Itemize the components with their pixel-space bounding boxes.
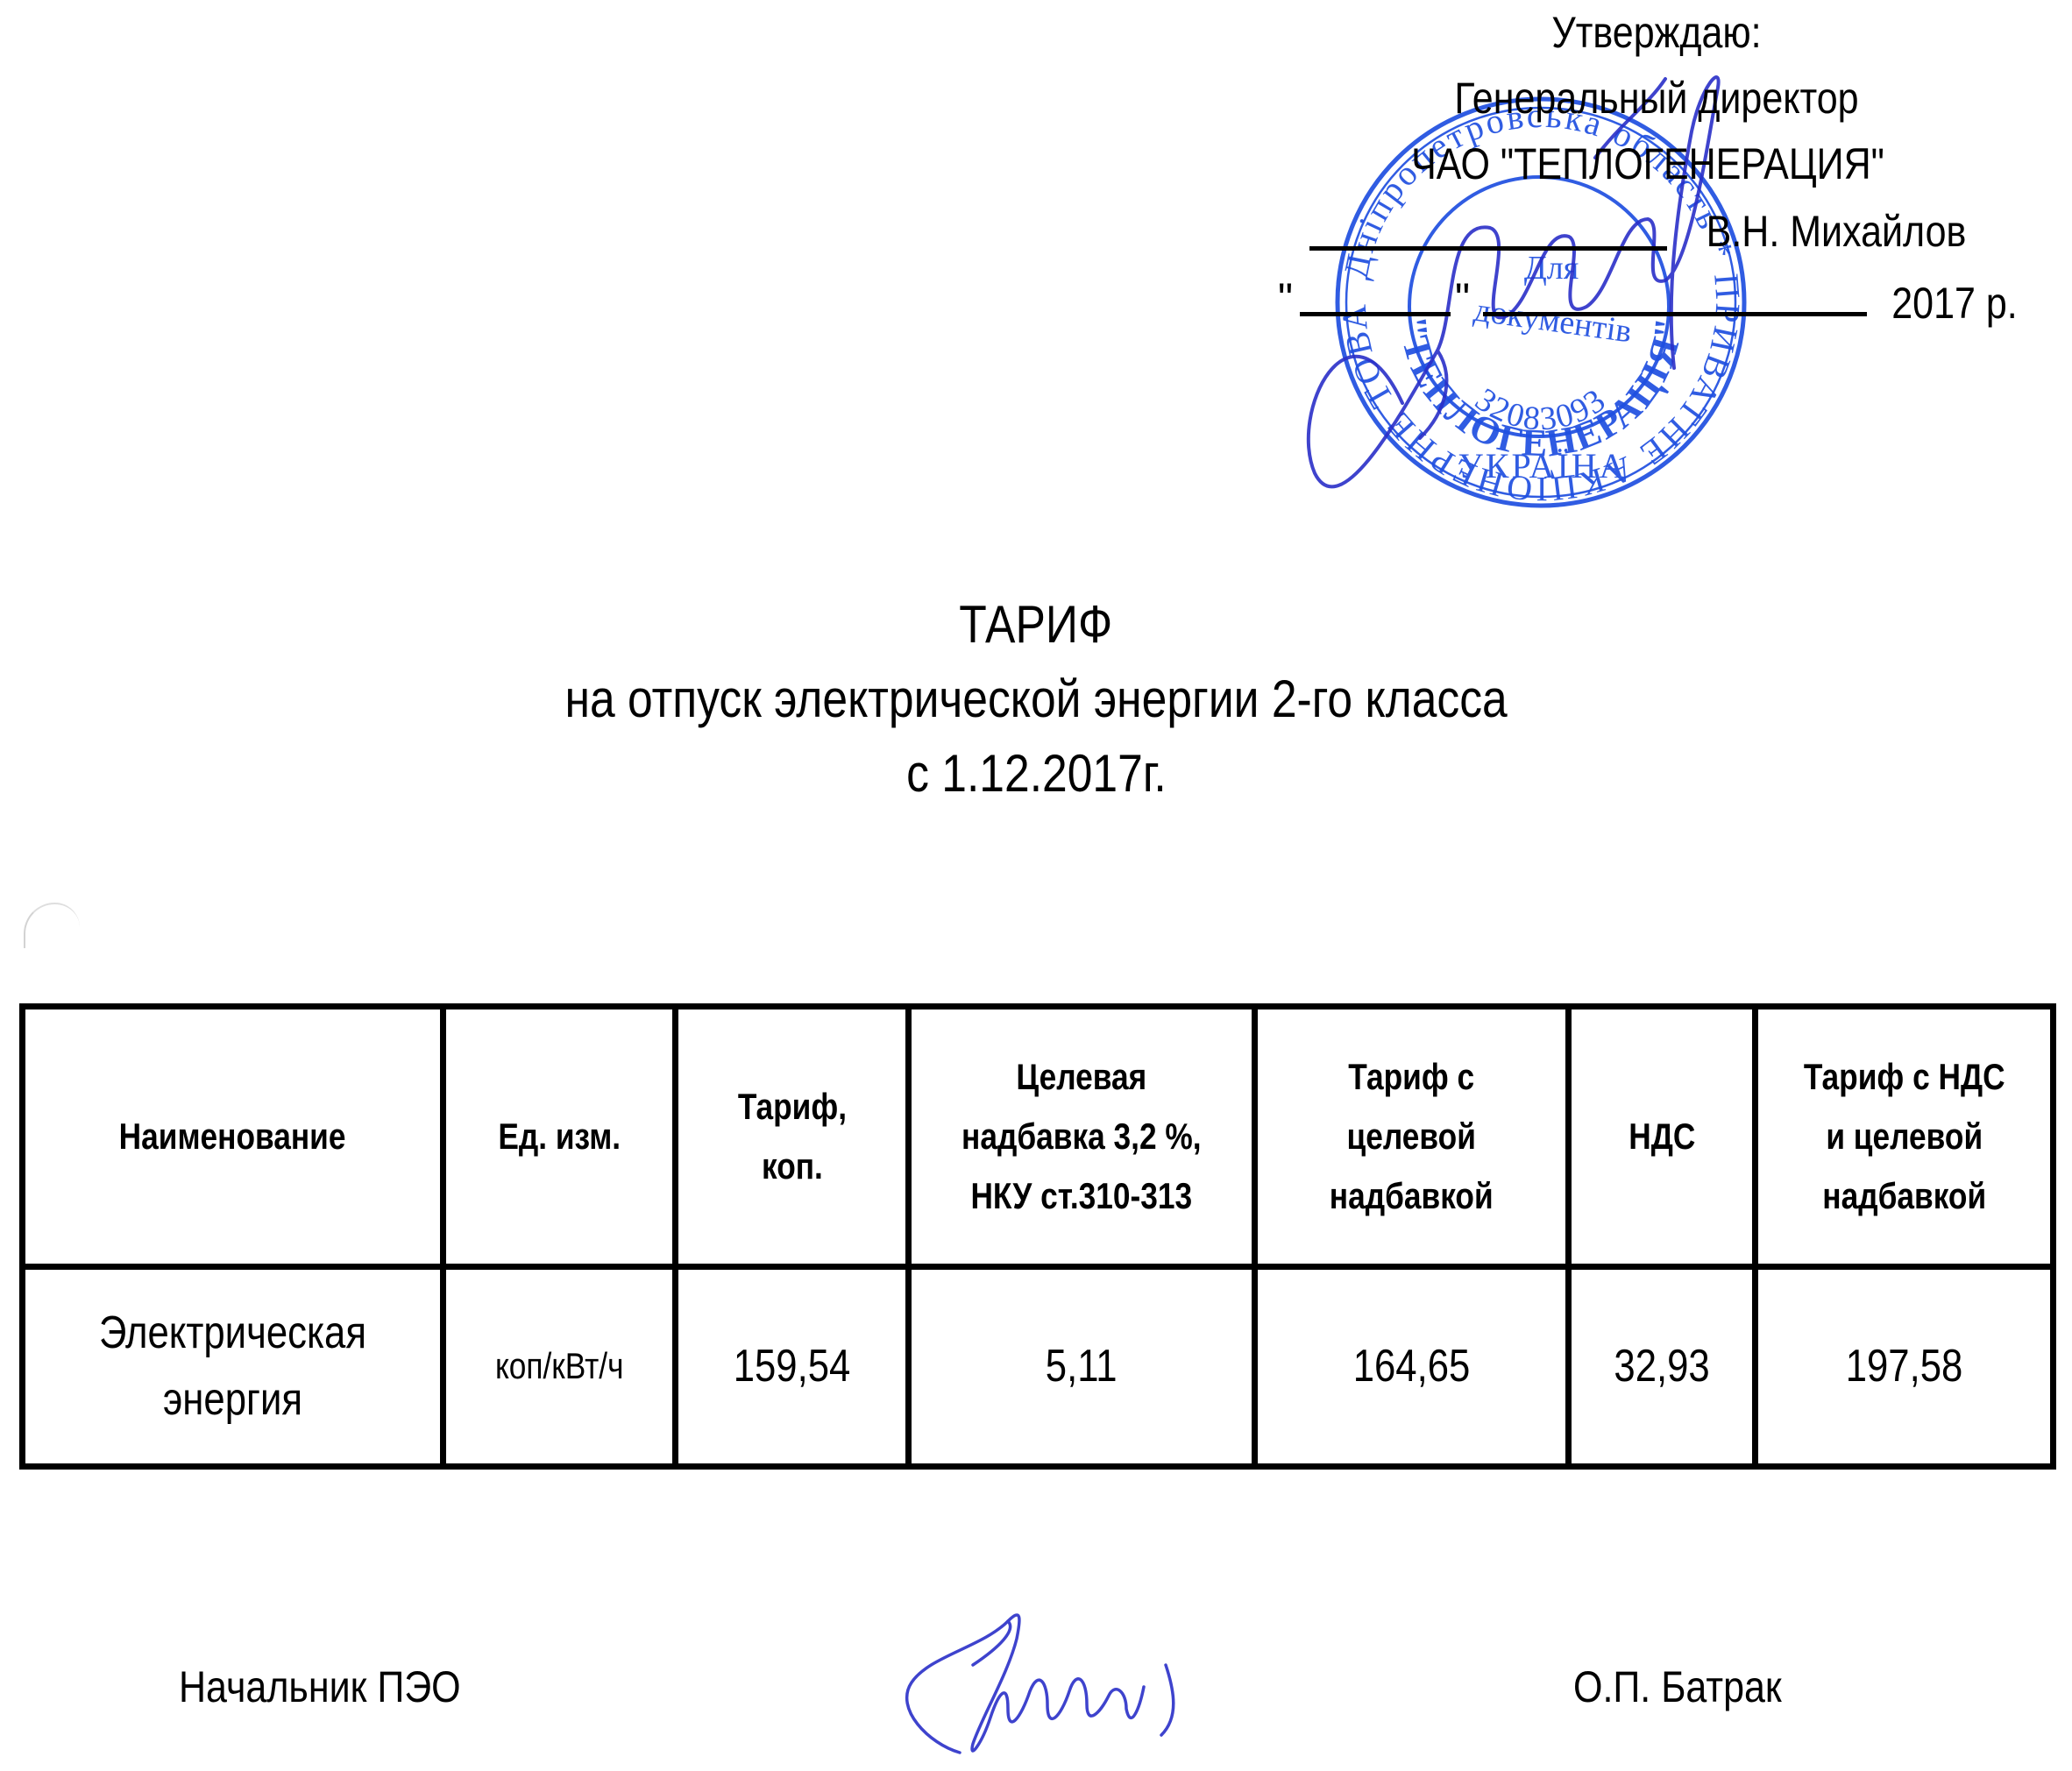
footer-name: О.П. Батрак	[1573, 1665, 1815, 1709]
stamp-inner-ring	[1409, 177, 1669, 436]
cell-unit: коп/кВт/ч	[443, 1266, 676, 1466]
date-day-line	[1300, 312, 1451, 316]
svg-text:"ТЕПЛОГЕНЕРАЦІЯ": "ТЕПЛОГЕНЕРАЦІЯ"	[1392, 315, 1691, 465]
stamp-company-text: "ТЕПЛОГЕНЕРАЦІЯ"	[1392, 315, 1691, 465]
document-subtitle: на отпуск электрической энергии 2-го кла…	[0, 673, 2072, 726]
cell-tariff: 159,54	[676, 1266, 909, 1466]
header-tariff: Тариф, коп.	[676, 1007, 909, 1267]
header-tariff-with-vat: Тариф с НДС и целевой надбавкой	[1756, 1007, 2054, 1267]
approval-company: ЧАО "ТЕПЛОГЕНЕРАЦИЯ"	[1392, 142, 1905, 186]
date-close-quote: "	[1455, 279, 1470, 321]
header-target-surcharge: Целевая надбавка 3,2 %, НКУ ст.310-313	[909, 1007, 1255, 1267]
date-open-quote: "	[1278, 279, 1293, 321]
header-vat: НДС	[1569, 1007, 1756, 1267]
cell-tariff-with-vat: 197,58	[1756, 1266, 2054, 1466]
stamp-code-text: 32083093	[1468, 381, 1613, 438]
head-signature	[0, 0, 2072, 1771]
date-month-line	[1483, 312, 1867, 316]
tariff-table: Наименование Ед. изм. Тариф, коп. Целева…	[19, 1003, 2056, 1470]
scan-artifact	[24, 903, 80, 948]
approval-position: Генеральный директор	[1408, 76, 1905, 120]
approval-label: Утверждаю:	[1544, 11, 1769, 54]
approval-signatory: В.Н. Михайлов	[1693, 209, 1980, 253]
cell-name: Электрическая энергия	[23, 1266, 443, 1466]
stamp-country-text: УКРАЇНА	[1458, 446, 1627, 485]
header-tariff-with-surcharge: Тариф с целевой надбавкой	[1255, 1007, 1569, 1267]
footer-position: Начальник ПЭО	[179, 1665, 507, 1709]
approval-year: 2017 р.	[1879, 281, 2030, 325]
stamp-inner-middle-text: документів	[1472, 292, 1634, 351]
cell-target-surcharge: 5,11	[909, 1266, 1255, 1466]
company-stamp: Дніпропетровська область * ПРИВАТНЕ АКЦІ…	[0, 0, 2072, 1771]
table-row: Электрическая энергия коп/кВт/ч 159,54 5…	[23, 1266, 2054, 1466]
signature-line	[1309, 246, 1667, 251]
header-name: Наименование	[23, 1007, 443, 1267]
document-title: ТАРИФ	[0, 599, 2072, 651]
cell-tariff-with-surcharge: 164,65	[1255, 1266, 1569, 1466]
stamp-inner-top-text: Для	[1524, 250, 1579, 287]
svg-text:32083093: 32083093	[1468, 381, 1613, 438]
cell-vat: 32,93	[1569, 1266, 1756, 1466]
effective-date: с 1.12.2017г.	[0, 747, 2072, 800]
table-header-row: Наименование Ед. изм. Тариф, коп. Целева…	[23, 1007, 2054, 1267]
header-unit: Ед. изм.	[443, 1007, 676, 1267]
